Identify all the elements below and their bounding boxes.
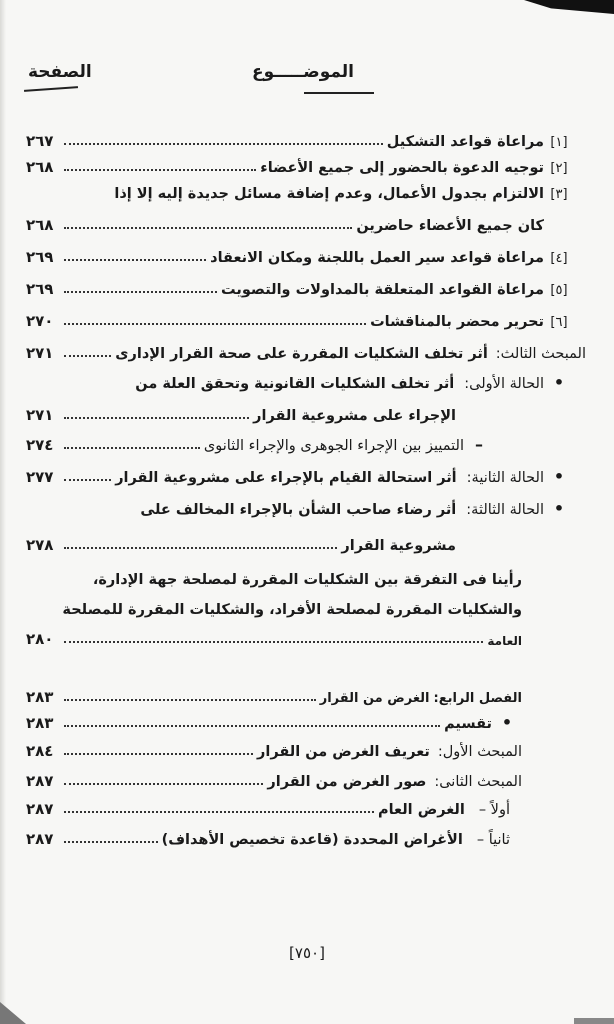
toc-subentry[interactable]: أولاً – الغرض العام ٢٨٧ — [26, 792, 510, 818]
entry-text: أثر تخلف الشكليات المقررة على صحة القرار… — [115, 346, 488, 362]
header-page-underline — [24, 86, 78, 92]
section-label: المبحث الثانى: — [434, 774, 522, 790]
entry-page: ٢٨٤ — [26, 742, 62, 760]
entry-text: الغرض العام — [378, 802, 465, 818]
entry-page: ٢٧١ — [26, 344, 62, 362]
entry-text: تقسيم — [444, 716, 492, 732]
toc-entry-continuation[interactable]: كان جميع الأعضاء حاضرين ٢٦٨ — [26, 208, 574, 234]
bullet-icon: • — [544, 499, 574, 518]
leader-dots — [64, 547, 337, 549]
entry-number: [١] — [544, 135, 574, 150]
entry-page: ٢٨٣ — [26, 688, 62, 706]
header-topic-underline — [304, 92, 374, 94]
toc-case[interactable]: • الحالة الأولى: أثر تخلف الشكليات القان… — [26, 366, 574, 392]
entry-text: الالتزام بجدول الأعمال، وعدم إضافة مسائل… — [114, 186, 544, 202]
entry-number: [٣] — [544, 187, 574, 202]
section-label: المبحث الأول: — [438, 744, 522, 760]
leader-dots — [64, 641, 483, 643]
leader-dots — [64, 143, 383, 145]
toc-section[interactable]: المبحث الأول: تعريف الغرض من القرار ٢٨٤ — [26, 734, 522, 760]
entry-text: الغرض من القرار — [320, 691, 430, 706]
item-label: أولاً – — [479, 802, 510, 818]
entry-page: ٢٦٨ — [26, 158, 62, 176]
entry-text: أثر تخلف الشكليات القانونية وتحقق العلة … — [135, 376, 454, 392]
entry-text: رأينا فى التفرقة بين الشكليات المقررة لم… — [93, 572, 522, 588]
entry-text: تعريف الغرض من القرار — [257, 744, 430, 760]
leader-dots — [64, 227, 352, 229]
chapter-label: الفصل الرابع: — [434, 691, 522, 706]
toc-paragraph-line[interactable]: والشكليات المقررة لمصلحة الأفراد، والشكل… — [26, 592, 522, 618]
leader-dots — [64, 811, 374, 813]
entry-number: [٦] — [544, 315, 574, 330]
leader-dots — [64, 417, 249, 419]
leader-dots — [64, 169, 256, 171]
entry-page: ٢٧٤ — [26, 436, 62, 454]
entry-text: صور الغرض من القرار — [267, 774, 426, 790]
toc-section[interactable]: المبحث الثالث: أثر تخلف الشكليات المقررة… — [26, 336, 586, 362]
toc-entry-continuation[interactable]: العامة ٢٨٠ — [26, 622, 522, 648]
leader-dots — [64, 259, 206, 261]
leader-dots — [64, 323, 366, 325]
entry-text: كان جميع الأعضاء حاضرين — [356, 218, 544, 234]
case-label: الحالة الثالثة: — [466, 502, 544, 518]
entry-text: مشروعية القرار — [341, 538, 456, 554]
entry-page: ٢٨٧ — [26, 772, 62, 790]
header-page: الصفحة — [28, 62, 92, 82]
entry-text: الأغراض المحددة (قاعدة تخصيص الأهداف) — [162, 832, 463, 848]
toc-entry-continuation[interactable]: مشروعية القرار ٢٧٨ — [26, 528, 574, 554]
toc-chapter[interactable]: الفصل الرابع: الغرض من القرار ٢٨٣ — [26, 680, 522, 706]
leader-dots — [64, 841, 158, 843]
entry-page: ٢٦٨ — [26, 216, 62, 234]
leader-dots — [64, 699, 316, 701]
toc-entry[interactable]: [٤] مراعاة قواعد سير العمل باللجنة ومكان… — [26, 240, 574, 266]
toc-subentry[interactable]: ثانياً – الأغراض المحددة (قاعدة تخصيص ال… — [26, 822, 510, 848]
leader-dots — [64, 355, 111, 357]
item-label: ثانياً – — [477, 832, 510, 848]
page-number: [٧٥٠] — [0, 944, 614, 962]
entry-text: العامة — [487, 634, 522, 648]
toc-entry-continuation[interactable]: الإجراء على مشروعية القرار ٢٧١ — [26, 398, 574, 424]
entry-text: مراعاة قواعد سير العمل باللجنة ومكان الا… — [210, 250, 544, 266]
toc-subentry[interactable]: – التمييز بين الإجراء الجوهرى والإجراء ا… — [26, 428, 574, 454]
entry-page: ٢٨٧ — [26, 830, 62, 848]
entry-page: ٢٨٠ — [26, 630, 62, 648]
toc-case[interactable]: • الحالة الثالثة: أثر رضاء صاحب الشأن با… — [26, 492, 574, 518]
toc-entry[interactable]: [٥] مراعاة القواعد المتعلقة بالمداولات و… — [26, 272, 574, 298]
entry-page: ٢٦٩ — [26, 248, 62, 266]
toc-entry[interactable]: • تقسيم ٢٨٣ — [26, 706, 522, 732]
bullet-icon: • — [492, 713, 522, 732]
entry-number: [٥] — [544, 283, 574, 298]
toc-entry[interactable]: [٦] تحرير محضر بالمناقشات ٢٧٠ — [26, 304, 574, 330]
entry-text: مراعاة القواعد المتعلقة بالمداولات والتص… — [221, 282, 544, 298]
entry-text: التمييز بين الإجراء الجوهرى والإجراء الث… — [204, 438, 464, 454]
entry-text: توجيه الدعوة بالحضور إلى جميع الأعضاء — [260, 160, 544, 176]
entry-page: ٢٧٠ — [26, 312, 62, 330]
entry-text: والشكليات المقررة لمصلحة الأفراد، والشكل… — [62, 602, 522, 618]
leader-dots — [64, 783, 263, 785]
leader-dots — [64, 447, 200, 449]
leader-dots — [64, 291, 217, 293]
entry-number: [٤] — [544, 251, 574, 266]
leader-dots — [64, 479, 111, 481]
entry-number: [٢] — [544, 161, 574, 176]
leader-dots — [64, 753, 253, 755]
entry-page: ٢٧٧ — [26, 468, 62, 486]
entry-text: تحرير محضر بالمناقشات — [370, 314, 544, 330]
section-label: المبحث الثالث: — [496, 346, 586, 362]
toc-entry[interactable]: [٣] الالتزام بجدول الأعمال، وعدم إضافة م… — [26, 176, 574, 202]
entry-page: ٢٨٧ — [26, 800, 62, 818]
entry-page: ٢٧١ — [26, 406, 62, 424]
entry-text: أثر رضاء صاحب الشأن بالإجراء المخالف على — [140, 502, 456, 518]
entry-text: أثر استحالة القيام بالإجراء على مشروعية … — [115, 470, 456, 486]
dash-icon: – — [464, 435, 494, 454]
toc-paragraph-line[interactable]: رأينا فى التفرقة بين الشكليات المقررة لم… — [26, 562, 522, 588]
entry-page: ٢٧٨ — [26, 536, 62, 554]
bullet-icon: • — [544, 373, 574, 392]
case-label: الحالة الأولى: — [464, 376, 544, 392]
entry-text: الإجراء على مشروعية القرار — [253, 408, 456, 424]
entry-text: مراعاة قواعد التشكيل — [387, 134, 544, 150]
toc-page: الموضـــــوع الصفحة [١] مراعاة قواعد الت… — [0, 0, 614, 1024]
bullet-icon: • — [544, 467, 574, 486]
leader-dots — [64, 725, 440, 727]
toc-entry[interactable]: [١] مراعاة قواعد التشكيل ٢٦٧ — [26, 124, 574, 150]
entry-page: ٢٨٣ — [26, 714, 62, 732]
entry-page: ٢٦٧ — [26, 132, 62, 150]
entry-page: ٢٦٩ — [26, 280, 62, 298]
toc-entry[interactable]: [٢] توجيه الدعوة بالحضور إلى جميع الأعضا… — [26, 150, 574, 176]
case-label: الحالة الثانية: — [467, 470, 544, 486]
toc-section[interactable]: المبحث الثانى: صور الغرض من القرار ٢٨٧ — [26, 764, 522, 790]
header-topic: الموضـــــوع — [252, 62, 354, 82]
toc-case[interactable]: • الحالة الثانية: أثر استحالة القيام بال… — [26, 460, 574, 486]
